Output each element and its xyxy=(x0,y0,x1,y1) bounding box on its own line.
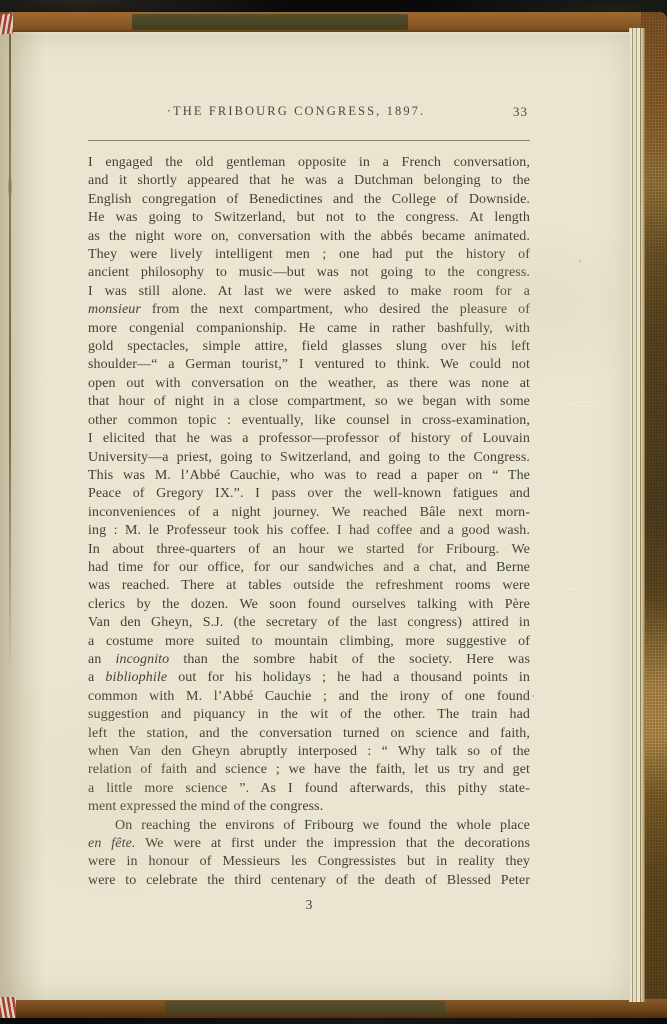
paragraph: I engaged the old gentleman opposite in … xyxy=(88,154,530,817)
header-rule xyxy=(88,140,530,141)
paper-scratch xyxy=(562,588,582,590)
cover-top-edge xyxy=(10,12,667,32)
text-line: ment expressed the mind of the congress. xyxy=(88,798,530,816)
text-line: Van den Gheyn, S.J. (the secretary of th… xyxy=(88,614,530,632)
text-block: ·THE FRIBOURG CONGRESS, 1897. 33 I engag… xyxy=(88,104,530,913)
cover-bottom-dark-patch xyxy=(165,1001,445,1014)
text-line: On reaching the environs of Fribourg we … xyxy=(88,817,530,835)
text-line: He was going to Switzerland, but not to … xyxy=(88,209,530,227)
text-line: were to celebrate the third centenary of… xyxy=(88,872,530,890)
photo-background: ·THE FRIBOURG CONGRESS, 1897. 33 I engag… xyxy=(0,0,667,1024)
endband-top xyxy=(0,13,13,34)
text-line: a little more science ”. As I found afte… xyxy=(88,780,530,798)
running-header: ·THE FRIBOURG CONGRESS, 1897. 33 xyxy=(88,104,530,119)
text-line: that hour of night in a close compartmen… xyxy=(88,393,530,411)
text-line: were in honour of Messieurs les Congress… xyxy=(88,853,530,871)
gutter-crease xyxy=(9,32,11,677)
paper-speck xyxy=(579,260,581,262)
text-line: other common topic : eventually, like co… xyxy=(88,412,530,430)
text-line: I elicited that he was a professor—profe… xyxy=(88,430,530,448)
book-page: ·THE FRIBOURG CONGRESS, 1897. 33 I engag… xyxy=(0,32,630,1000)
cover-bottom-edge xyxy=(0,999,667,1018)
cover-top-dark-patch xyxy=(132,14,408,30)
text-line: a costume more suited to mountain climbi… xyxy=(88,633,530,651)
text-line: ing : M. le Professeur took his coffee. … xyxy=(88,522,530,540)
signature-mark: 3 xyxy=(88,897,530,913)
running-header-title: ·THE FRIBOURG CONGRESS, 1897. xyxy=(167,104,426,119)
text-line: open out with conversation on the weathe… xyxy=(88,375,530,393)
paper-scratch xyxy=(568,401,599,407)
text-line: as the night wore on, conversation with … xyxy=(88,228,530,246)
paper-speck xyxy=(532,695,534,697)
text-line: shoulder—“ a German tourist,” I ventured… xyxy=(88,356,530,374)
page-body: I engaged the old gentleman opposite in … xyxy=(88,154,530,890)
text-line: and it shortly appeared that he was a Du… xyxy=(88,172,530,190)
text-line: a bibliophile out for his holidays ; he … xyxy=(88,669,530,687)
paragraph: On reaching the environs of Fribourg we … xyxy=(88,817,530,891)
text-line: when Van den Gheyn abruptly interposed :… xyxy=(88,743,530,761)
text-line: suggestion and piquancy in the wit of th… xyxy=(88,706,530,724)
text-line: ancient philosophy to music—but was not … xyxy=(88,264,530,282)
text-line: I engaged the old gentleman opposite in … xyxy=(88,154,530,172)
text-line: was reached. There at tables outside the… xyxy=(88,577,530,595)
text-line: University—a priest, going to Switzerlan… xyxy=(88,449,530,467)
text-line: English congregation of Benedictines and… xyxy=(88,191,530,209)
stacked-page-edges xyxy=(629,28,645,1002)
text-line: They were lively intelligent men ; one h… xyxy=(88,246,530,264)
endband-bottom xyxy=(0,997,16,1018)
text-line: had time for our office, for our sandwic… xyxy=(88,559,530,577)
text-line: left the station, and the conversation t… xyxy=(88,725,530,743)
text-line: gold spectacles, simple attire, field gl… xyxy=(88,338,530,356)
text-line: en fête. We were at first under the impr… xyxy=(88,835,530,853)
text-line: relation of faith and science ; we have … xyxy=(88,761,530,779)
text-line: common with M. l’Abbé Cauchie ; and the … xyxy=(88,688,530,706)
text-line: clerics by the dozen. We soon found ours… xyxy=(88,596,530,614)
text-line: monsieur from the next compartment, who … xyxy=(88,301,530,319)
text-line: more congenial companionship. He came in… xyxy=(88,320,530,338)
text-line: inconveniences of a night journey. We re… xyxy=(88,504,530,522)
text-line: I was still alone. At last we were asked… xyxy=(88,283,530,301)
text-line: an incognito than the sombre habit of th… xyxy=(88,651,530,669)
page-number: 33 xyxy=(513,104,528,120)
text-line: This was M. l’Abbé Cauchie, who was to r… xyxy=(88,467,530,485)
text-line: Peace of Gregory IX.”. I pass over the w… xyxy=(88,485,530,503)
text-line: In about three-quarters of an hour we st… xyxy=(88,541,530,559)
